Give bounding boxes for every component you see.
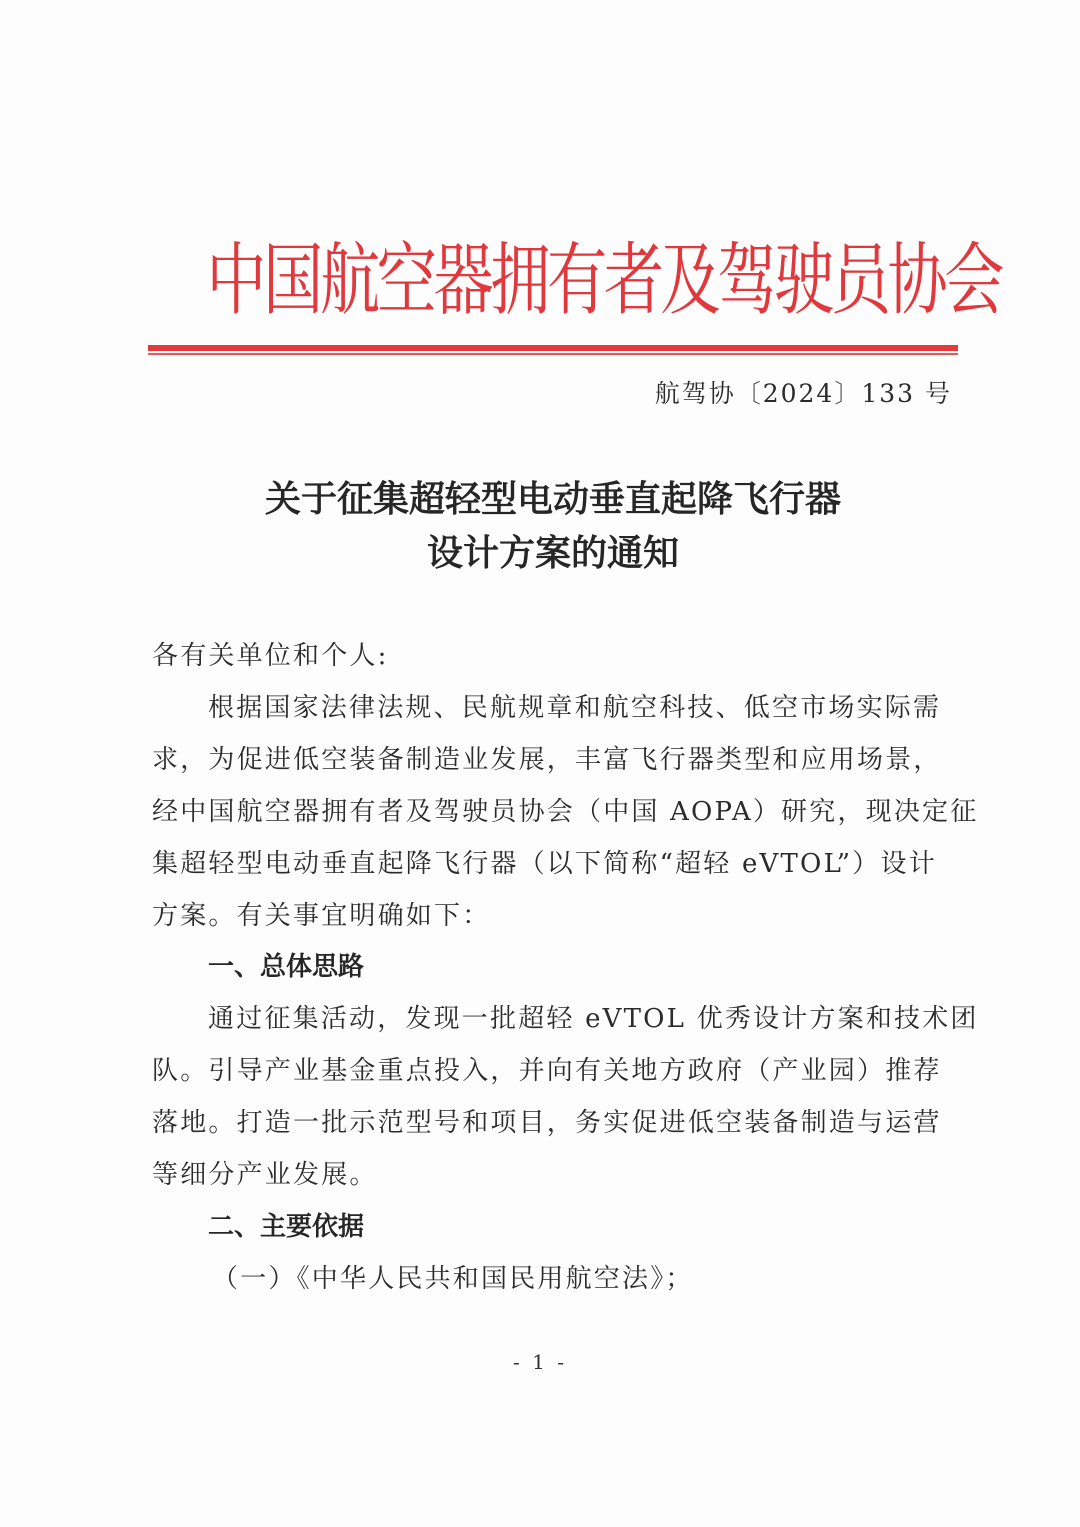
letterhead-red-rule-thin (148, 353, 958, 355)
document-title-line-1: 关于征集超轻型电动垂直起降飞行器 (150, 476, 956, 522)
section-line: 通过征集活动，发现一批超轻 eVTOL 优秀设计方案和技术团 (208, 993, 954, 1045)
document-title-line-2: 设计方案的通知 (150, 530, 956, 576)
section-line: 队。引导产业基金重点投入，并向有关地方政府（产业园）推荐 (152, 1045, 954, 1097)
intro-line: 根据国家法律法规、民航规章和航空科技、低空市场实际需 (208, 682, 954, 734)
letterhead-organization-name: 中国航空器拥有者及驾驶员协会 (206, 226, 899, 334)
salutation: 各有关单位和个人: (152, 630, 954, 682)
section-line: 落地。打造一批示范型号和项目，务实促进低空装备制造与运营 (152, 1097, 954, 1149)
intro-line: 经中国航空器拥有者及驾驶员协会（中国 AOPA）研究，现决定征 (152, 786, 954, 838)
section-heading-main-basis: 二、主要依据 (208, 1201, 364, 1253)
section-line: 等细分产业发展。 (152, 1149, 954, 1201)
section-heading-overall-approach: 一、总体思路 (208, 941, 364, 993)
intro-line: 方案。有关事宜明确如下： (152, 890, 954, 942)
intro-line: 求，为促进低空装备制造业发展，丰富飞行器类型和应用场景， (152, 734, 954, 786)
document-number: 航驾协〔2024〕133 号 (655, 376, 952, 412)
intro-line: 集超轻型电动垂直起降飞行器（以下简称“超轻 eVTOL”）设计 (152, 838, 954, 890)
page-number: - 1 - (0, 1350, 1080, 1374)
section-line: （一）《中华人民共和国民用航空法》； (212, 1253, 1014, 1305)
letterhead-red-rule (148, 345, 958, 351)
document-page: 中国航空器拥有者及驾驶员协会 航驾协〔2024〕133 号 关于征集超轻型电动垂… (0, 0, 1080, 1527)
